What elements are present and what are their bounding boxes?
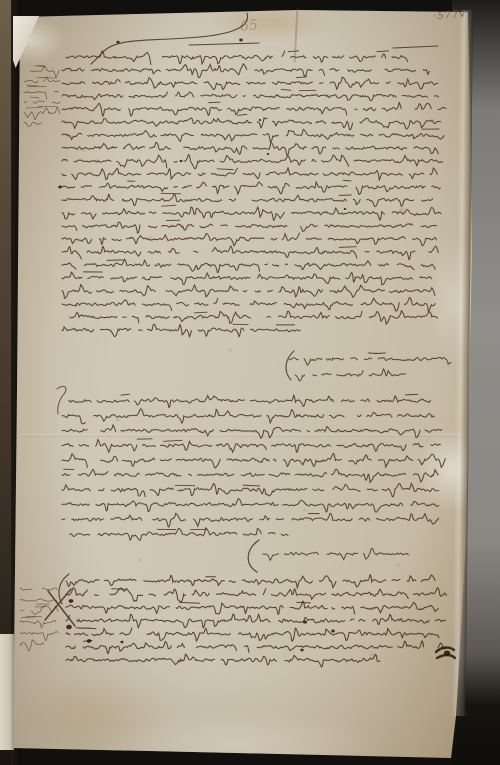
script-stroke bbox=[70, 528, 288, 540]
script-stroke bbox=[62, 182, 440, 194]
script-stroke bbox=[180, 602, 311, 603]
script-stroke bbox=[175, 485, 259, 486]
script-stroke bbox=[35, 66, 46, 67]
script-stroke bbox=[20, 588, 57, 590]
script-stroke bbox=[128, 180, 351, 181]
script-stroke bbox=[62, 64, 429, 78]
script-stroke bbox=[76, 628, 96, 629]
ink-blot bbox=[66, 625, 72, 629]
script-stroke bbox=[248, 540, 259, 572]
script-stroke bbox=[24, 91, 59, 99]
script-stroke bbox=[263, 548, 408, 560]
script-stroke bbox=[66, 588, 447, 602]
script-stroke bbox=[238, 114, 247, 115]
script-stroke bbox=[21, 616, 41, 617]
manuscript-photo: ·577v 65 bbox=[0, 0, 500, 765]
script-stroke bbox=[30, 67, 58, 78]
ink-blot bbox=[239, 39, 243, 42]
script-stroke bbox=[62, 425, 442, 438]
script-stroke bbox=[70, 311, 438, 325]
script-stroke bbox=[66, 601, 438, 614]
script-stroke bbox=[295, 369, 406, 381]
script-stroke bbox=[62, 129, 444, 142]
script-stroke bbox=[66, 628, 439, 641]
script-stroke bbox=[20, 599, 57, 602]
script-stroke bbox=[20, 632, 58, 641]
script-stroke bbox=[57, 387, 66, 414]
script-stroke bbox=[62, 168, 437, 180]
handwriting-layer bbox=[0, 0, 500, 765]
script-stroke bbox=[62, 499, 439, 512]
ink-blot bbox=[87, 639, 92, 643]
script-stroke bbox=[121, 394, 418, 395]
script-stroke bbox=[20, 620, 56, 627]
script-stroke bbox=[217, 169, 233, 170]
script-stroke bbox=[62, 272, 432, 285]
script-stroke bbox=[368, 353, 385, 354]
script-stroke bbox=[59, 574, 69, 604]
script-stroke bbox=[162, 205, 176, 206]
script-stroke bbox=[161, 193, 351, 195]
script-stroke bbox=[66, 614, 445, 628]
ink-blot bbox=[267, 153, 270, 155]
script-stroke bbox=[194, 312, 207, 313]
script-stroke bbox=[62, 118, 441, 130]
script-stroke bbox=[233, 324, 295, 325]
ink-blot bbox=[331, 630, 335, 633]
script-stroke bbox=[62, 77, 438, 89]
script-stroke bbox=[62, 469, 438, 482]
ink-blot bbox=[300, 649, 303, 652]
script-stroke bbox=[339, 247, 356, 248]
script-stroke bbox=[62, 440, 440, 453]
ink-blot bbox=[120, 641, 123, 644]
script-stroke bbox=[62, 92, 439, 101]
script-stroke bbox=[24, 122, 42, 126]
ink-blot bbox=[58, 186, 62, 189]
script-stroke bbox=[24, 101, 60, 104]
ink-blot bbox=[303, 620, 307, 623]
script-stroke bbox=[62, 142, 438, 155]
script-stroke bbox=[62, 513, 439, 527]
script-stroke bbox=[69, 395, 431, 407]
script-stroke bbox=[289, 357, 451, 365]
script-stroke bbox=[393, 46, 438, 48]
script-stroke bbox=[24, 107, 60, 120]
script-stroke bbox=[112, 589, 125, 590]
script-stroke bbox=[286, 351, 294, 380]
script-stroke bbox=[62, 409, 434, 424]
ink-blot bbox=[116, 41, 119, 44]
script-stroke bbox=[62, 298, 435, 312]
script-stroke bbox=[62, 207, 441, 220]
script-stroke bbox=[62, 285, 435, 299]
script-stroke bbox=[26, 106, 56, 108]
script-stroke bbox=[62, 233, 437, 246]
script-stroke bbox=[107, 260, 124, 261]
script-stroke bbox=[297, 77, 307, 78]
script-stroke bbox=[62, 246, 438, 259]
script-stroke bbox=[30, 97, 39, 98]
script-stroke bbox=[66, 654, 380, 667]
ink-blot bbox=[180, 160, 183, 162]
script-stroke bbox=[62, 155, 443, 169]
script-stroke bbox=[62, 324, 300, 336]
script-stroke bbox=[62, 103, 446, 116]
ink-blot bbox=[259, 119, 261, 121]
ink-blot bbox=[444, 650, 450, 655]
script-stroke bbox=[288, 51, 388, 52]
script-stroke bbox=[62, 259, 435, 272]
ink-blot bbox=[344, 208, 347, 210]
script-stroke bbox=[20, 606, 58, 615]
script-stroke bbox=[27, 85, 46, 87]
script-stroke bbox=[62, 222, 436, 233]
ink-blot bbox=[69, 599, 74, 603]
script-stroke bbox=[66, 51, 408, 65]
script-stroke bbox=[189, 43, 259, 45]
script-stroke bbox=[281, 89, 316, 90]
script-stroke bbox=[20, 640, 44, 651]
script-stroke bbox=[62, 194, 433, 207]
script-stroke bbox=[137, 439, 182, 441]
script-stroke bbox=[62, 453, 445, 468]
script-stroke bbox=[66, 575, 435, 588]
